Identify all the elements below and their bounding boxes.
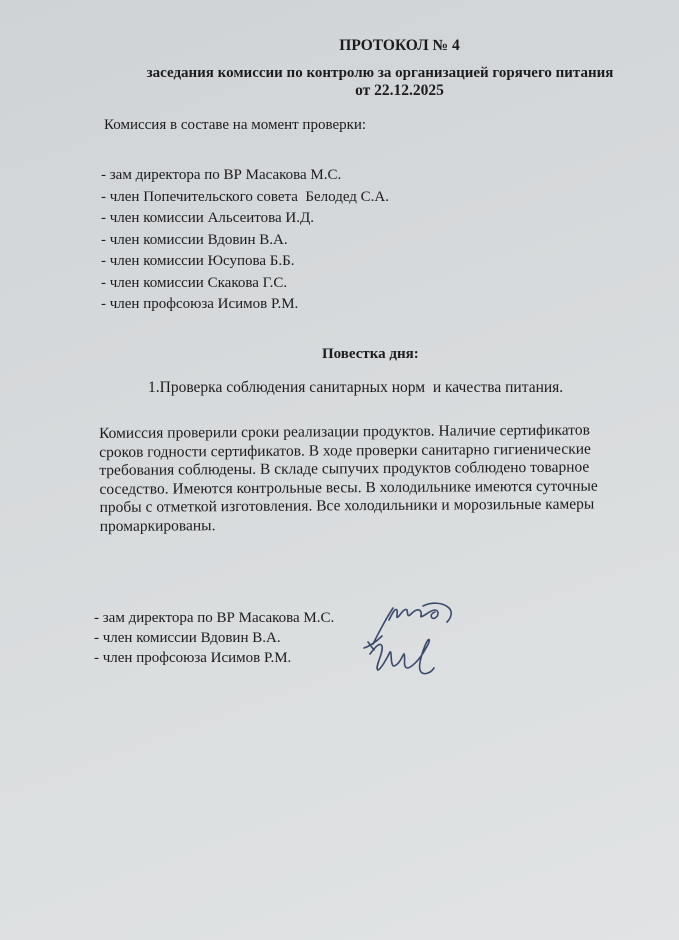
- agenda-item: 1.Проверка соблюдения санитарных норм и …: [148, 379, 563, 397]
- member-item: - зам директора по ВР Масакова М.С.: [101, 165, 389, 187]
- inspection-findings: Комиссия проверили сроки реализации прод…: [99, 421, 640, 536]
- signer-item: - зам директора по ВР Масакова М.С.: [94, 608, 334, 628]
- body-line: промаркированы.: [100, 514, 640, 536]
- signer-item: - член профсоюза Исимов Р.М.: [94, 648, 334, 668]
- member-item: - член профсоюза Исимов Р.М.: [101, 294, 389, 316]
- member-item: - член комиссии Юсупова Б.Б.: [101, 251, 389, 273]
- document-date: от 22.12.2025: [60, 82, 679, 100]
- member-item: - член комиссии Вдовин В.А.: [101, 230, 389, 252]
- body-line: пробы с отметкой изготовления. Все холод…: [100, 495, 640, 517]
- document-title: ПРОТОКОЛ № 4: [60, 37, 679, 55]
- member-item: - член комиссии Альсеитова И.Д.: [101, 208, 389, 230]
- commission-members-list: - зам директора по ВР Масакова М.С. - чл…: [101, 165, 389, 316]
- signers-list: - зам директора по ВР Масакова М.С. - чл…: [94, 608, 334, 668]
- signature-icon: [360, 628, 440, 688]
- document-page: ПРОТОКОЛ № 4 заседания комиссии по контр…: [0, 0, 679, 940]
- document-subtitle: заседания комиссии по контролю за органи…: [0, 64, 679, 82]
- signer-item: - член комиссии Вдовин В.А.: [94, 628, 334, 648]
- commission-intro: Комиссия в составе на момент проверки:: [104, 117, 366, 134]
- member-item: - член комиссии Скакова Г.С.: [101, 273, 389, 295]
- agenda-heading: Повестка дня:: [322, 346, 419, 363]
- member-item: - член Попечительского совета Белодед С.…: [101, 187, 389, 209]
